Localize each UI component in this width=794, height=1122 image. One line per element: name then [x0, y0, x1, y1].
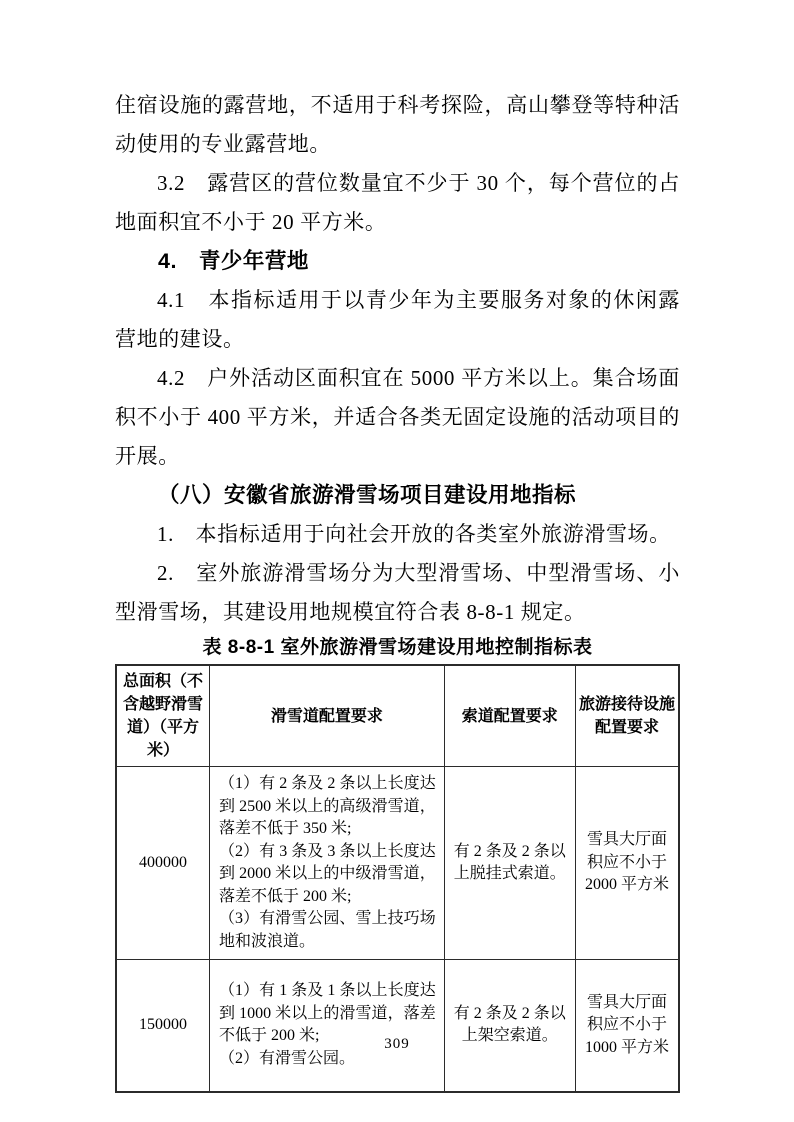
- col-header-total-area: 总面积（不含越野滑雪道）（平方米）: [116, 665, 209, 767]
- table-row-large-resort: 400000 （1）有 2 条及 2 条以上长度达到 2500 米以上的高级滑雪…: [116, 767, 679, 960]
- cell-total-area: 150000: [116, 960, 209, 1092]
- piste-requirement-item: （3）有滑雪公园、雪上技巧场地和波浪道。: [219, 908, 436, 953]
- cell-reception-requirements: 雪具大厅面积应不小于 1000 平方米: [575, 960, 679, 1092]
- page-number: 309: [0, 1036, 794, 1053]
- paragraph-4-2: 4.2 户外活动区面积宜在 5000 平方米以上。集合场面积不小于 400 平方…: [115, 359, 680, 476]
- cell-ropeway-requirements: 有 2 条及 2 条以上脱挂式索道。: [444, 767, 575, 960]
- cell-total-area: 400000: [116, 767, 209, 960]
- piste-requirement-item: （1）有 2 条及 2 条以上长度达到 2500 米以上的高级滑雪道，落差不低于…: [219, 773, 436, 841]
- table-row-medium-resort: 150000 （1）有 1 条及 1 条以上长度达到 1000 米以上的滑雪道，…: [116, 960, 679, 1092]
- table-header-row: 总面积（不含越野滑雪道）（平方米） 滑雪道配置要求 索道配置要求 旅游接待设施配…: [116, 665, 679, 767]
- cell-reception-requirements: 雪具大厅面积应不小于 2000 平方米: [575, 767, 679, 960]
- document-page: 住宿设施的露营地，不适用于科考探险，高山攀登等特种活动使用的专业露营地。 3.2…: [0, 0, 794, 1122]
- paragraph-camping-continuation: 住宿设施的露营地，不适用于科考探险，高山攀登等特种活动使用的专业露营地。: [115, 86, 680, 164]
- paragraph-4-1: 4.1 本指标适用于以青少年为主要服务对象的休闲露营地的建设。: [115, 281, 680, 359]
- piste-requirement-item: （2）有 3 条及 3 条以上长度达到 2000 米以上的中级滑雪道，落差不低于…: [219, 841, 436, 909]
- cell-piste-requirements: （1）有 1 条及 1 条以上长度达到 1000 米以上的滑雪道，落差不低于 2…: [209, 960, 444, 1092]
- col-header-reception-facilities: 旅游接待设施配置要求: [575, 665, 679, 767]
- table-title: 表 8-8-1 室外旅游滑雪场建设用地控制指标表: [115, 634, 680, 662]
- paragraph-1-scope: 1. 本指标适用于向社会开放的各类室外旅游滑雪场。: [115, 515, 680, 554]
- col-header-ropeway-requirements: 索道配置要求: [444, 665, 575, 767]
- cell-ropeway-requirements: 有 2 条及 2 条以上架空索道。: [444, 960, 575, 1092]
- col-header-piste-requirements: 滑雪道配置要求: [209, 665, 444, 767]
- heading-4-youth-camp: 4. 青少年营地: [115, 242, 680, 281]
- ski-resort-spec-table: 总面积（不含越野滑雪道）（平方米） 滑雪道配置要求 索道配置要求 旅游接待设施配…: [115, 664, 680, 1093]
- heading-8-anhui-ski-resort-indicator: （八）安徽省旅游滑雪场项目建设用地指标: [115, 476, 680, 515]
- paragraph-2-classification: 2. 室外旅游滑雪场分为大型滑雪场、中型滑雪场、小型滑雪场，其建设用地规模宜符合…: [115, 554, 680, 632]
- paragraph-3-2: 3.2 露营区的营位数量宜不少于 30 个，每个营位的占地面积宜不小于 20 平…: [115, 164, 680, 242]
- cell-piste-requirements: （1）有 2 条及 2 条以上长度达到 2500 米以上的高级滑雪道，落差不低于…: [209, 767, 444, 960]
